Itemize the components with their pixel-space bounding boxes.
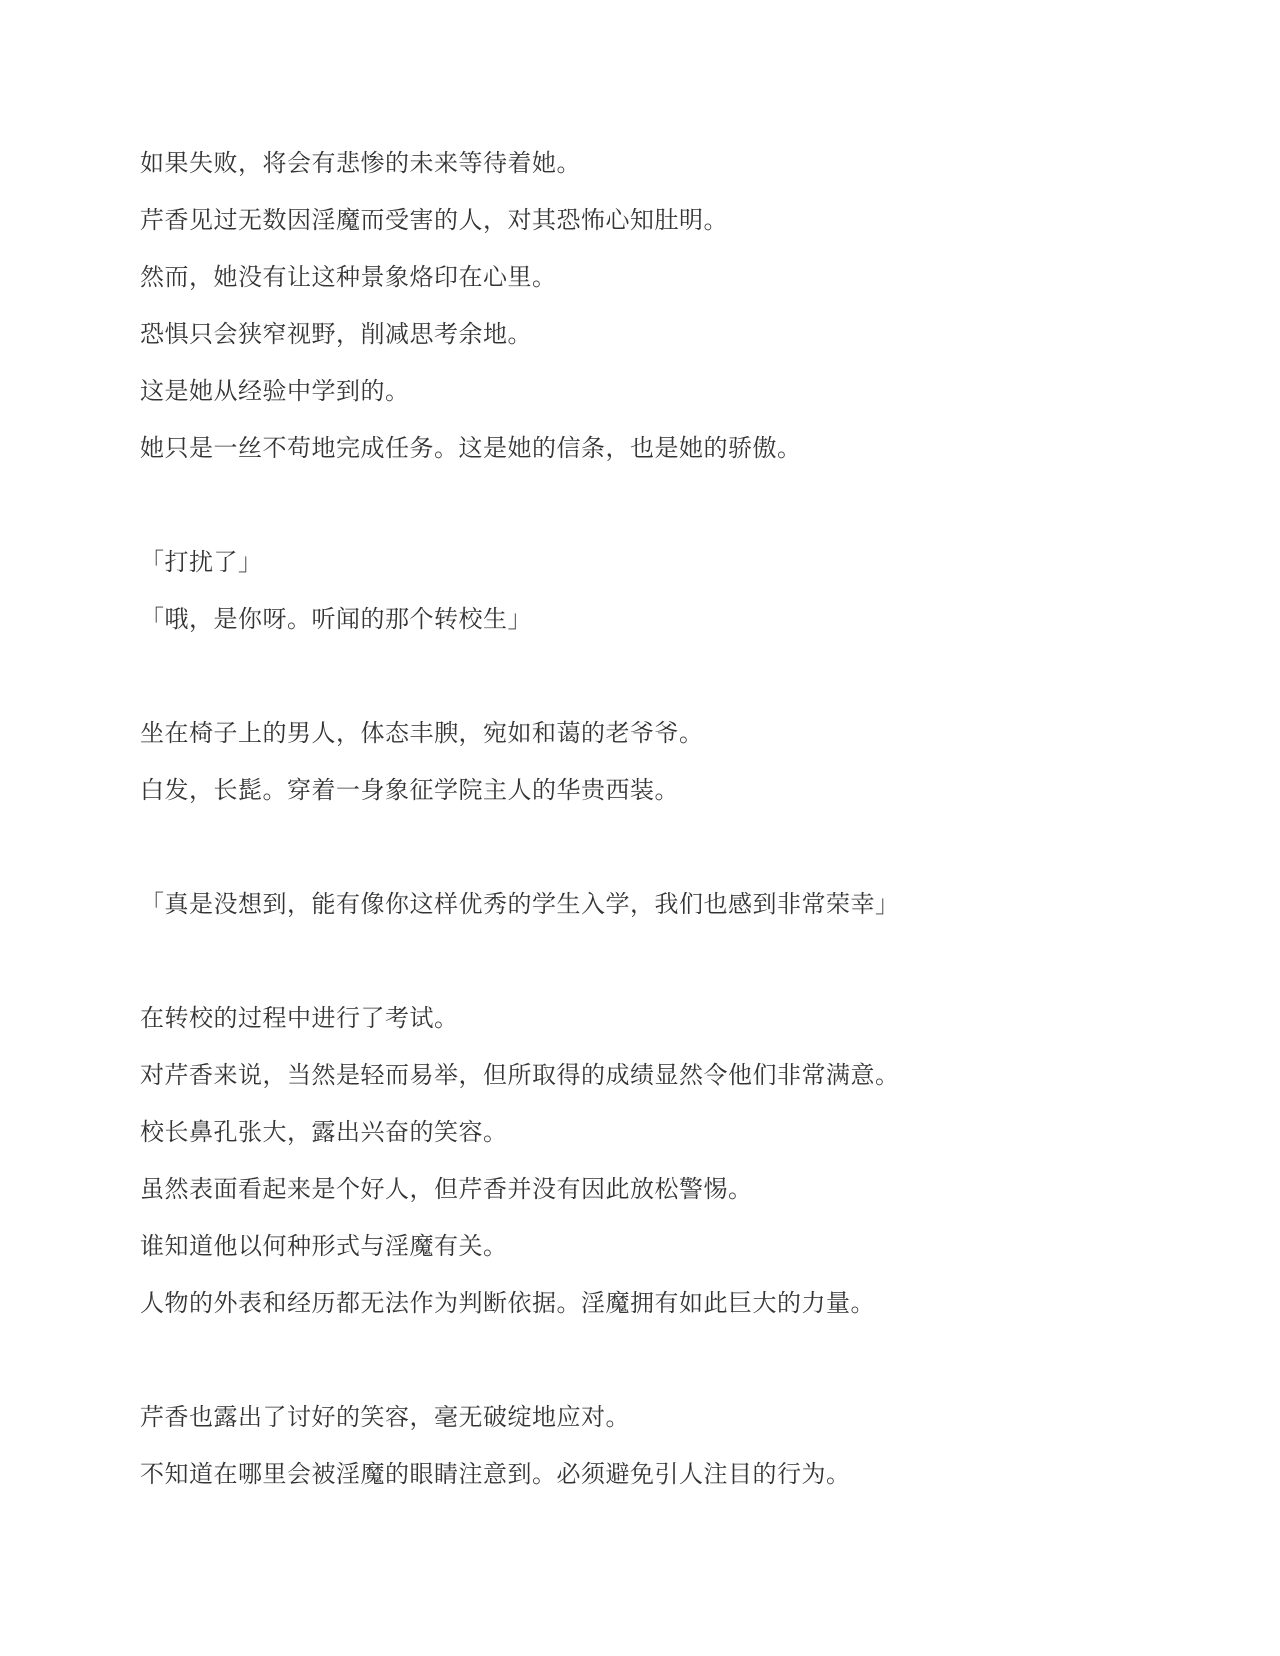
text-line: 校长鼻孔张大，露出兴奋的笑容。 (140, 1105, 1180, 1162)
text-line: 对芹香来说，当然是轻而易举，但所取得的成绩显然令他们非常满意。 (140, 1048, 1180, 1105)
document-page: 如果失败，将会有悲惨的未来等待着她。 芹香见过无数因淫魔而受害的人，对其恐怖心知… (0, 0, 1280, 1656)
paragraph-group: 如果失败，将会有悲惨的未来等待着她。 芹香见过无数因淫魔而受害的人，对其恐怖心知… (140, 136, 1180, 478)
text-line: 芹香见过无数因淫魔而受害的人，对其恐怖心知肚明。 (140, 193, 1180, 250)
text-line: 白发，长髭。穿着一身象征学院主人的华贵西装。 (140, 763, 1180, 820)
text-line: 这是她从经验中学到的。 (140, 364, 1180, 421)
paragraph-group: 「打扰了」 「哦，是你呀。听闻的那个转校生」 (140, 535, 1180, 649)
text-line: 人物的外表和经历都无法作为判断依据。淫魔拥有如此巨大的力量。 (140, 1276, 1180, 1333)
paragraph-group: 芹香也露出了讨好的笑容，毫无破绽地应对。 不知道在哪里会被淫魔的眼睛注意到。必须… (140, 1390, 1180, 1504)
text-line: 芹香也露出了讨好的笑容，毫无破绽地应对。 (140, 1390, 1180, 1447)
text-line: 坐在椅子上的男人，体态丰腴，宛如和蔼的老爷爷。 (140, 706, 1180, 763)
paragraph-group: 「真是没想到，能有像你这样优秀的学生入学，我们也感到非常荣幸」 (140, 877, 1180, 934)
dialogue-line: 「打扰了」 (140, 535, 1180, 592)
text-line: 她只是一丝不苟地完成任务。这是她的信条，也是她的骄傲。 (140, 421, 1180, 478)
text-line: 如果失败，将会有悲惨的未来等待着她。 (140, 136, 1180, 193)
paragraph-group: 在转校的过程中进行了考试。 对芹香来说，当然是轻而易举，但所取得的成绩显然令他们… (140, 991, 1180, 1333)
dialogue-line: 「哦，是你呀。听闻的那个转校生」 (140, 592, 1180, 649)
text-line: 谁知道他以何种形式与淫魔有关。 (140, 1219, 1180, 1276)
text-line: 虽然表面看起来是个好人，但芹香并没有因此放松警惕。 (140, 1162, 1180, 1219)
text-line: 不知道在哪里会被淫魔的眼睛注意到。必须避免引人注目的行为。 (140, 1447, 1180, 1504)
text-line: 在转校的过程中进行了考试。 (140, 991, 1180, 1048)
text-line: 然而，她没有让这种景象烙印在心里。 (140, 250, 1180, 307)
dialogue-line: 「真是没想到，能有像你这样优秀的学生入学，我们也感到非常荣幸」 (140, 877, 1180, 934)
text-line: 恐惧只会狭窄视野，削减思考余地。 (140, 307, 1180, 364)
paragraph-group: 坐在椅子上的男人，体态丰腴，宛如和蔼的老爷爷。 白发，长髭。穿着一身象征学院主人… (140, 706, 1180, 820)
